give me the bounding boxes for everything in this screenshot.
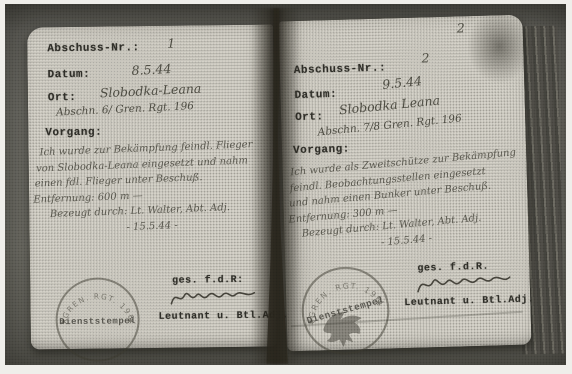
vorgang-handwriting: Ich wurde zur Bekämpfung feindl. Flieger… <box>39 139 274 241</box>
unit-stamp: GREN. RGT. 196 ✱ ✱ Dienststempel <box>52 274 143 365</box>
abschuss-nr-label: Abschuss-Nr.: <box>294 62 387 77</box>
vorgang-label: Vorgang: <box>45 127 102 140</box>
signature-scrawl <box>168 285 260 310</box>
ort-unit-line: Abschn. 6/ Gren. Rgt. 196 <box>56 100 194 118</box>
corner-shadow <box>466 8 532 84</box>
booklet-page-left: Abschuss-Nr.: 1 Datum: 8.5.44 Ort: Slobo… <box>27 25 277 350</box>
rank-line: Leutnant u. Btl.Adj. <box>404 294 534 309</box>
abschuss-nr-value: 1 <box>167 36 175 51</box>
ort-value: Slobodka-Leana <box>100 81 202 101</box>
ort-label: Ort: <box>48 92 77 104</box>
page-number: 2 <box>456 20 464 35</box>
stamp-label: Dienststempel <box>59 316 136 327</box>
photo-print: Abschuss-Nr.: 1 Datum: 8.5.44 Ort: Slobo… <box>0 0 572 374</box>
booklet-page-right: 2 Abschuss-Nr.: 2 Datum: 9.5.44 Ort: Slo… <box>278 15 531 352</box>
vorgang-handwriting: Ich wurde als Zweitschütze zur Bekämpfun… <box>290 147 529 260</box>
datum-value: 9.5.44 <box>382 73 423 92</box>
datum-label: Datum: <box>48 69 91 82</box>
abschuss-nr-value: 2 <box>421 50 429 65</box>
ort-value: Slobodka Leana <box>338 92 440 117</box>
abschuss-nr-label: Abschuss-Nr.: <box>47 42 139 55</box>
photo-background: Abschuss-Nr.: 1 Datum: 8.5.44 Ort: Slobo… <box>5 4 566 365</box>
vorgang-label: Vorgang: <box>293 144 350 158</box>
signature-scrawl <box>413 269 514 298</box>
unit-stamp: GREN. RGT. 196 ✱ ✱ Dienststempel <box>288 253 404 365</box>
datum-value: 8.5.44 <box>131 61 171 78</box>
